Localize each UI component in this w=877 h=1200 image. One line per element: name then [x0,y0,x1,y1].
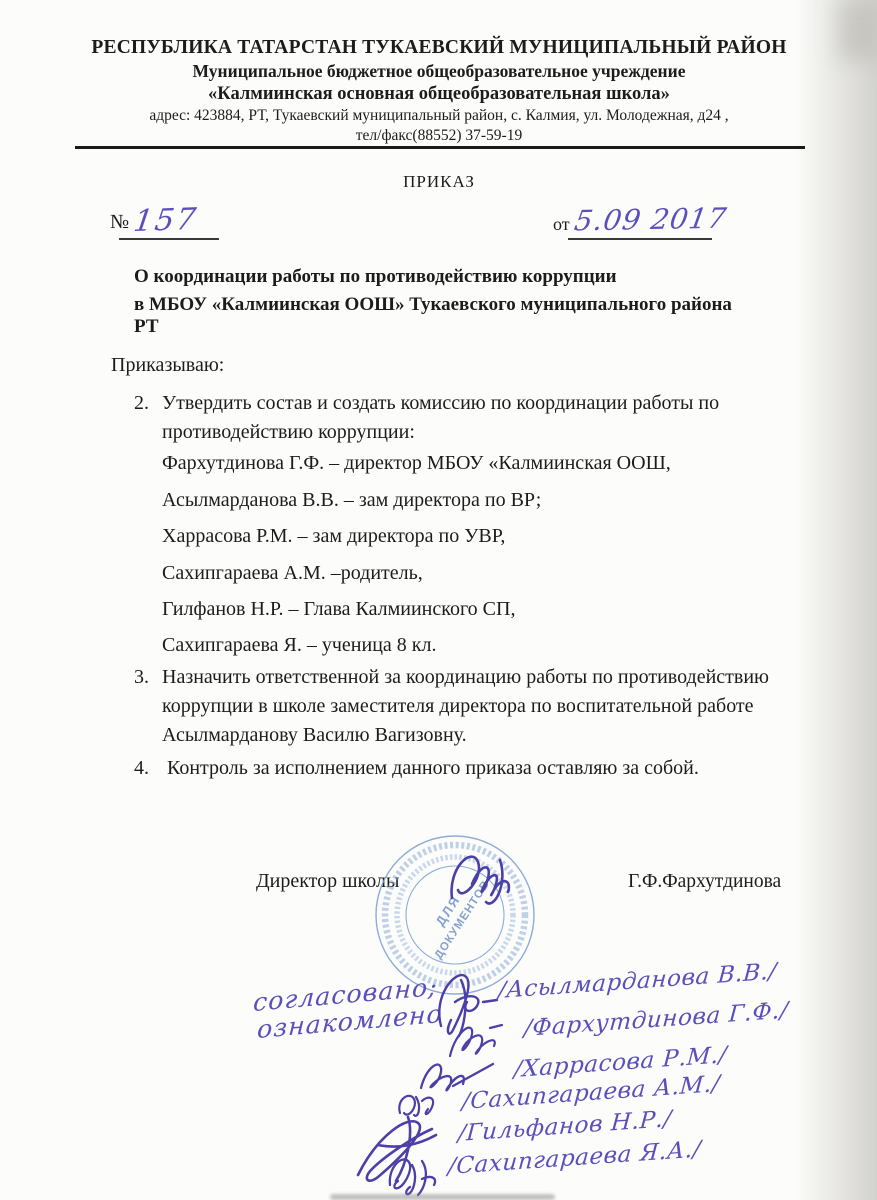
order-title: ПРИКАЗ [74,172,804,192]
item-3-line3: Асылмарданову Василю Вагизовну. [162,724,467,747]
order-number-handwritten: 157 [131,202,200,239]
commission-member: Асылмарданова В.В. – зам директора по ВР… [162,489,541,512]
item-4-number: 4. [134,757,149,780]
item-3-number: 3. [134,666,149,689]
item-2-number: 2. [134,392,149,415]
scan-corner-shade [837,0,877,60]
item-3-line2: коррупции в школе заместителя директора … [162,695,754,718]
scanned-order-document: РЕСПУБЛИКА ТАТАРСТАН ТУКАЕВСКИЙ МУНИЦИПА… [0,0,877,1200]
commission-member: Харрасова Р.М. – зам директора по УВР, [162,525,505,548]
org-address-line: адрес: 423884, РТ, Тукаевский муниципаль… [74,107,804,125]
order-subject-line2: в МБОУ «Калмиинская ООШ» Тукаевского мун… [134,294,734,338]
org-region-line: РЕСПУБЛИКА ТАТАРСТАН ТУКАЕВСКИЙ МУНИЦИПА… [74,36,804,59]
order-number-label: № [110,211,129,234]
order-subject-line1: О координации работы по противодействию … [134,266,734,288]
commission-member: Гилфанов Н.Р. – Глава Калмиинского СП, [162,598,515,621]
letterhead-divider [75,146,805,149]
scan-artifact-bar [330,1194,555,1200]
signer-name: Г.Ф.Фархутдинова [628,871,781,893]
item-2-line1: Утвердить состав и создать комиссию по к… [162,392,719,415]
approval-signature [378,1145,453,1200]
commission-member: Сахипгараева Я. – ученица 8 кл. [162,634,436,657]
item-3-line1: Назначить ответственной за координацию р… [162,666,769,689]
order-date-underline [568,238,712,240]
org-phone-line: тел/факс(88552) 37-59-19 [74,127,804,145]
order-date-handwritten: 5.09 2017 [572,202,729,238]
commission-member: Сахипгараева А.М. –родитель, [162,562,423,585]
item-2-line2: противодействию коррупции: [162,421,415,444]
order-date-label: от [553,214,570,235]
director-signature [438,840,538,920]
order-opening: Приказываю: [111,354,224,377]
org-name-line: «Калмиинская основная общеобразовательна… [74,84,804,106]
approval-name: /Фархутдинова Г.Ф./ [523,998,789,1042]
scan-edge-shadow [795,0,877,1200]
org-type-line: Муниципальное бюджетное общеобразователь… [74,61,804,82]
item-4-line1: Контроль за исполнением данного приказа … [167,757,699,780]
commission-member: Фархутдинова Г.Ф. – директор МБОУ «Калми… [162,452,671,475]
